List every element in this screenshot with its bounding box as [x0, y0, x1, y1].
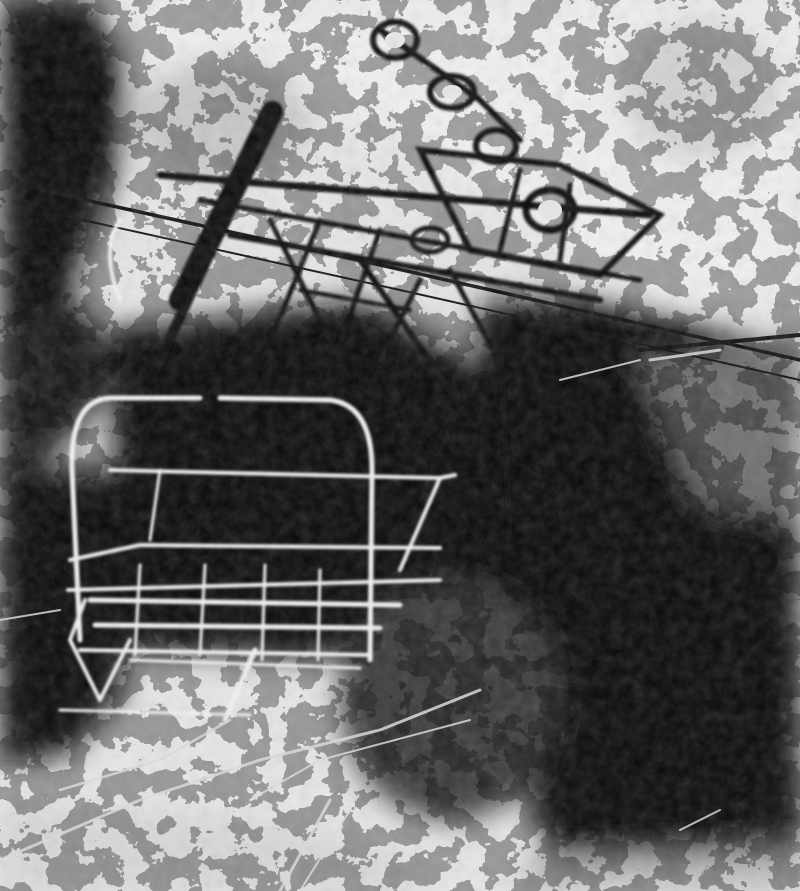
film-grain	[0, 0, 800, 891]
chairlift-wreck-photo	[0, 0, 800, 891]
photo-canvas	[0, 0, 800, 891]
